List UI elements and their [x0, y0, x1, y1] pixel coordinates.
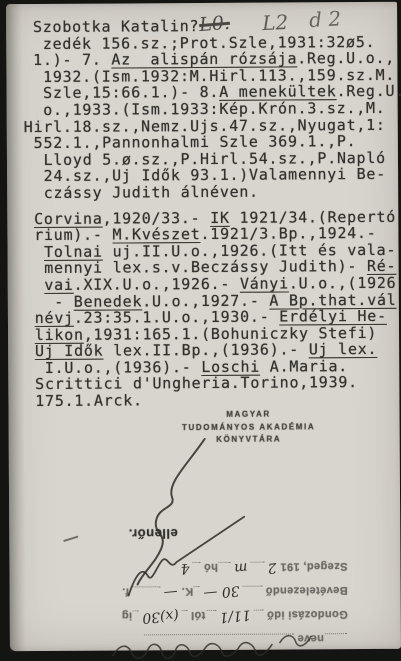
dotted-fill-line — [325, 633, 347, 646]
form-stamp-row: Gondozási idő11/1tól(x)30ig — [94, 606, 348, 632]
dotted-fill-line — [182, 610, 188, 623]
stamp-line-1: MAGYAR — [169, 408, 329, 421]
typed-line: 175.1.Arck. — [25, 391, 400, 410]
underlined-typed-text: IK — [210, 208, 230, 226]
form-stamp-label: tól — [189, 607, 206, 621]
dotted-fill-line — [254, 610, 264, 623]
dotted-fill-line — [242, 586, 262, 599]
underlined-typed-text: Ványi — [240, 274, 289, 292]
handwritten-entry: — — [163, 584, 178, 601]
typed-text — [25, 276, 45, 294]
scanned-catalog-card-page: { "pencil_notes": { "crossed_out": "L0."… — [0, 0, 401, 661]
underlined-typed-text: Loschi — [201, 358, 260, 376]
typed-paragraph: Corvina,1920/33.- IK 1921/34.(Repertó ri… — [24, 208, 400, 409]
typed-text: czássy Judith álnéven. — [24, 183, 259, 202]
stamp-line-2: TUDOMÁNYOS AKADÉMIA — [169, 421, 329, 434]
underlined-typed-text: Ré- — [367, 257, 396, 275]
stamp-line-3: KÖNYVTÁRA — [169, 433, 329, 446]
typed-text — [25, 309, 35, 327]
dotted-fill-line — [219, 562, 231, 575]
typed-text: .Reg.U. — [337, 82, 401, 100]
underlined-typed-text: Uj lex. — [309, 340, 378, 358]
dotted-fill-line — [133, 610, 139, 623]
dotted-fill-line — [194, 586, 200, 599]
form-stamp-label: hó — [202, 559, 218, 573]
typed-paragraph: Szobotka Katalin? zedék 156.sz.;Prot.Szl… — [23, 17, 399, 202]
accession-form-stamp: neveGondozási idő11/1tól(x)30igBevételez… — [93, 558, 348, 656]
form-stamp-row: neve — [94, 630, 348, 656]
dotted-fill-line — [206, 610, 216, 623]
underlined-typed-text: vai — [44, 276, 73, 294]
handwritten-entry: 4 — [180, 560, 190, 577]
dotted-fill-line — [144, 633, 294, 647]
form-stamp-label: K. — [179, 583, 193, 597]
handwritten-entry: (x)30 — [141, 607, 179, 626]
form-stamp-label: Bevételezendő — [263, 582, 347, 597]
typed-text — [25, 342, 35, 360]
pencil-dash — [64, 537, 77, 541]
handwritten-entry: 11/1 — [219, 606, 252, 625]
handwritten-entry: 2 — [266, 559, 276, 576]
typed-text — [24, 210, 34, 228]
form-stamp-label: ig — [119, 607, 132, 621]
form-stamp-label: Gondozási idő — [265, 606, 348, 621]
form-stamp-row: Szeged, 1912mhó4 — [93, 558, 347, 584]
form-stamp-label: neve — [295, 630, 324, 644]
typed-text: Scrittici d'Ungheria.Torino,1939. — [25, 374, 358, 394]
underlined-typed-text: névj — [35, 309, 74, 327]
catalog-card: L0. L2 d 2 Szobotka Katalin? zedék 156.s… — [6, 2, 401, 651]
typed-text: 175.1.Arck. — [25, 391, 142, 410]
dotted-fill-line — [193, 562, 201, 575]
form-stamp-label: f. — [120, 583, 130, 597]
typed-line: Scrittici d'Ungheria.Torino,1939. — [25, 374, 400, 393]
form-stamp-row: Bevételezendő30 —K.—f. — [94, 582, 348, 608]
form-stamp-label: Szeged, 191 — [278, 558, 347, 572]
typed-line: czássy Judith álnéven. — [24, 183, 399, 202]
dotted-fill-line — [250, 562, 264, 575]
handwritten-entry: m — [233, 559, 248, 576]
handwritten-entry: 30 — — [202, 582, 240, 601]
inspector-stamp: ellenőr. — [128, 526, 178, 541]
library-ownership-stamp: MAGYAR TUDOMÁNYOS AKADÉMIA KÖNYVTÁRA — [169, 408, 329, 446]
typewritten-text-block: Szobotka Katalin? zedék 156.sz.;Prot.Szl… — [23, 17, 400, 410]
dotted-fill-line — [130, 586, 160, 599]
